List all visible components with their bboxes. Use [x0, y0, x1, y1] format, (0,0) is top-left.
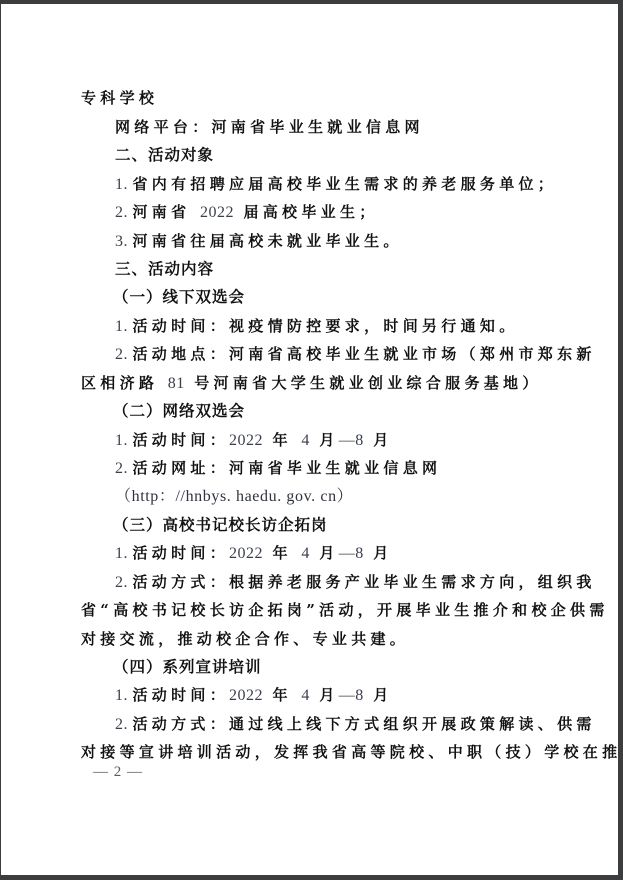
section-heading: 二、活动对象: [115, 145, 214, 165]
list-item: 2. 河南省 2022 届高校毕业生；: [115, 202, 379, 223]
list-item: 2. 活动地点：河南省高校毕业生就业市场（郑州市郑东新: [115, 344, 596, 365]
url-line: （http：//hnbys. haedu. gov. cn）: [115, 486, 353, 507]
year-number: 2022: [229, 687, 263, 704]
list-item: 3. 河南省往届高校未就业毕业生。: [115, 231, 403, 252]
paragraph-text: 对接等宣讲培训活动，发挥我省高等院校、中职（技）学校在推: [81, 743, 621, 761]
subsection-heading: （四）系列宣讲培训: [113, 657, 262, 677]
list-number: 2.: [115, 460, 133, 477]
list-item: 1. 活动时间：2022 年 4 月—8 月: [115, 685, 393, 706]
month-number: 4: [301, 545, 310, 562]
list-item: 1. 活动时间：2022 年 4 月—8 月: [115, 430, 393, 451]
range-dash: —: [339, 432, 356, 449]
list-item-text: 活动时间：: [133, 544, 230, 562]
list-item-text: 年: [263, 686, 301, 704]
list-item-text: 活动时间：视疫情防控要求，时间另行通知。: [133, 317, 519, 335]
subsection-heading: （二）网络双选会: [113, 401, 245, 421]
month-number: 8: [355, 687, 364, 704]
heading-company-visits: （三）高校书记校长访企拓岗: [113, 515, 328, 534]
list-number: 2.: [115, 346, 133, 363]
range-dash: —: [339, 545, 356, 562]
list-number: 1.: [115, 176, 133, 193]
list-item: 2. 活动网址：河南省毕业生就业信息网: [115, 458, 441, 479]
list-number: 2.: [115, 574, 133, 591]
list-item-text: 年: [263, 544, 301, 562]
range-dash: —: [339, 687, 356, 704]
list-item: 1. 活动时间：视疫情防控要求，时间另行通知。: [115, 316, 519, 337]
body-text-line: 专科学校: [81, 88, 158, 108]
month-number: 4: [301, 687, 310, 704]
subsection-heading: （三）高校书记校长访企拓岗: [113, 515, 328, 535]
list-number: 1.: [115, 545, 133, 562]
paragraph-text: 号河南省大学生就业创业综合服务基地）: [185, 374, 542, 392]
list-item-text: 活动方式：根据养老服务产业毕业生需求方向，组织我: [133, 573, 596, 591]
list-item-text: 活动方式：通过线上线下方式组织开展政策解读、供需: [133, 715, 596, 733]
body-text-line: 网络平台：河南省毕业生就业信息网: [115, 117, 424, 137]
website-url: （http：//hnbys. haedu. gov. cn）: [115, 488, 353, 505]
list-number: 1.: [115, 687, 133, 704]
subsection-heading: （一）线下双选会: [113, 287, 245, 307]
page-number: — 2 —: [93, 764, 143, 781]
year-number: 2022: [200, 204, 234, 221]
street-number: 81: [168, 375, 185, 392]
body-text-line: 对接交流，推动校企合作、专业共建。: [81, 629, 409, 649]
paragraph-text: 区相济路: [81, 374, 168, 392]
list-item-text: 省内有招聘应届高校毕业生需求的养老服务单位；: [133, 175, 558, 193]
list-item-text: 月: [310, 686, 339, 704]
list-item: 1. 活动时间：2022 年 4 月—8 月: [115, 543, 393, 564]
heading-training-series: （四）系列宣讲培训: [113, 657, 262, 676]
list-number: 3.: [115, 233, 133, 250]
body-text-line: 对接等宣讲培训活动，发挥我省高等院校、中职（技）学校在推: [81, 742, 621, 762]
list-item-text: 河南省往届高校未就业毕业生。: [133, 232, 403, 250]
body-text-line: 区相济路 81 号河南省大学生就业创业综合服务基地）: [81, 373, 542, 394]
network-platform-text: 网络平台：河南省毕业生就业信息网: [115, 118, 424, 136]
list-number: 1.: [115, 432, 133, 449]
heading-offline-fair: （一）线下双选会: [113, 287, 245, 306]
list-number: 2.: [115, 716, 133, 733]
list-item-text: 月: [364, 686, 393, 704]
list-item-text: 活动地点：河南省高校毕业生就业市场（郑州市郑东新: [133, 345, 596, 363]
list-item-text: 月: [364, 544, 393, 562]
document-page: 专科学校 网络平台：河南省毕业生就业信息网 二、活动对象 1. 省内有招聘应届高…: [1, 4, 618, 875]
body-text-line: 省“高校书记校长访企拓岗”活动，开展毕业生推介和校企供需: [81, 600, 609, 620]
year-number: 2022: [229, 545, 263, 562]
list-item-text: 届高校毕业生；: [234, 203, 379, 221]
list-item-text: 河南省: [133, 203, 200, 221]
month-number: 4: [301, 432, 310, 449]
list-item-text: 活动网址：河南省毕业生就业信息网: [133, 459, 442, 477]
list-item-text: 活动时间：: [133, 431, 230, 449]
month-number: 8: [355, 432, 364, 449]
list-item: 2. 活动方式：根据养老服务产业毕业生需求方向，组织我: [115, 572, 596, 593]
list-number: 1.: [115, 318, 133, 335]
list-item: 1. 省内有招聘应届高校毕业生需求的养老服务单位；: [115, 174, 557, 195]
list-item-text: 月: [310, 544, 339, 562]
year-number: 2022: [229, 432, 263, 449]
heading-activity-targets: 二、活动对象: [115, 145, 214, 164]
paragraph-text: 专科学校: [81, 89, 158, 107]
paragraph-text: 省“高校书记校长访企拓岗”活动，开展毕业生推介和校企供需: [81, 601, 609, 619]
list-number: 2.: [115, 204, 133, 221]
month-number: 8: [355, 545, 364, 562]
section-heading: 三、活动内容: [115, 259, 214, 279]
list-item-text: 月: [364, 431, 393, 449]
list-item-text: 年: [263, 431, 301, 449]
list-item-text: 月: [310, 431, 339, 449]
paragraph-text: 对接交流，推动校企合作、专业共建。: [81, 630, 409, 648]
list-item: 2. 活动方式：通过线上线下方式组织开展政策解读、供需: [115, 714, 596, 735]
heading-online-fair: （二）网络双选会: [113, 401, 245, 420]
list-item-text: 活动时间：: [133, 686, 230, 704]
heading-activity-content: 三、活动内容: [115, 259, 214, 278]
